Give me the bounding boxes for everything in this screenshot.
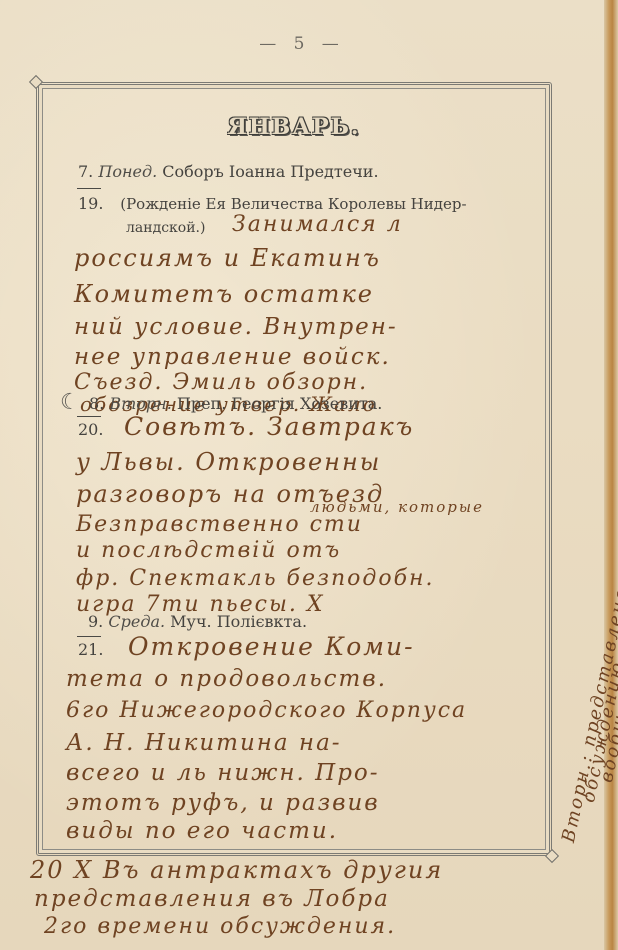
entry-1-feast: Соборъ Іоанна Предтечи. [162,162,378,181]
handwriting-line: ний условие. Внутрен- [74,314,398,340]
entry-3-day-old: 9. [88,612,103,631]
handwriting-line: всего и ль нижн. Про- [66,760,380,786]
handwriting-line: 6го Нижегородского Корпуса [66,698,467,723]
handwriting-line: Откровение Коми- [128,632,415,661]
handwriting-line: виды по его части. [66,818,338,844]
moon-phase-icon: ☾ [60,390,80,415]
entry-1-note-line: 19. (Рожденіе Ея Величества Королевы Нид… [78,194,467,213]
bottom-note-line: 20 Х Въ антрактахъ другия [30,856,443,884]
entry-2-day-old: 8. [89,394,104,413]
page-edge [604,0,618,950]
month-title: ЯНВАРЬ. [36,114,552,140]
entry-1-line: 7. Понед. Соборъ Іоанна Предтечи. [78,162,379,181]
handwriting-line: фр. Спектакль безподобн. [76,566,435,591]
entry-1-note-cont: ландской.) [126,220,205,236]
entry-2-day-new: 20. [78,420,103,439]
date-divider [77,416,101,417]
handwriting-line: нее управление войск. [74,344,391,370]
entry-1-weekday: Понед. [98,162,157,181]
handwriting-line: Совѣтъ. Завтракъ [124,412,414,441]
entry-3-line: 9. Среда. Муч. Полієвкта. [88,612,307,631]
handwriting-line: А. Н. Никитина на- [66,730,342,756]
handwriting-line: и послѣдствій отъ [76,538,341,563]
page-number: — 5 — [0,34,604,54]
entry-3-weekday: Среда. [108,612,165,631]
handwriting-line: Занимался л [232,212,403,237]
entry-3-day-new: 21. [78,640,103,659]
date-divider [77,636,101,637]
handwriting-line: этотъ руфъ, и развив [66,790,380,816]
entry-1-note: (Рожденіе Ея Величества Королевы Нидер- [120,195,466,213]
entry-2-line: 8. Вторн. Преп. Георгія Хозевита. [89,394,382,413]
bottom-note-line: 2го времени обсуждения. [44,914,396,939]
handwriting-line: россиямъ и Екатинъ [74,244,381,272]
entry-1-day-old: 7. [78,162,93,181]
handwriting-line: тета о продовольств. [66,666,387,692]
handwriting-line: у Львы. Откровенны [76,448,381,476]
handwriting-line: Комитетъ остатке [74,280,374,308]
entry-2-weekday: Вторн. [109,394,171,413]
date-divider [77,188,101,189]
entry-1-day-new: 19. [78,194,103,213]
handwriting-line: Безправственно сти [76,512,363,537]
entry-3-feast: Муч. Полієвкта. [170,612,307,631]
bottom-note-line: представления въ Лобра [34,886,390,912]
entry-2-feast: Преп. Георгія Хозевита. [177,394,382,413]
